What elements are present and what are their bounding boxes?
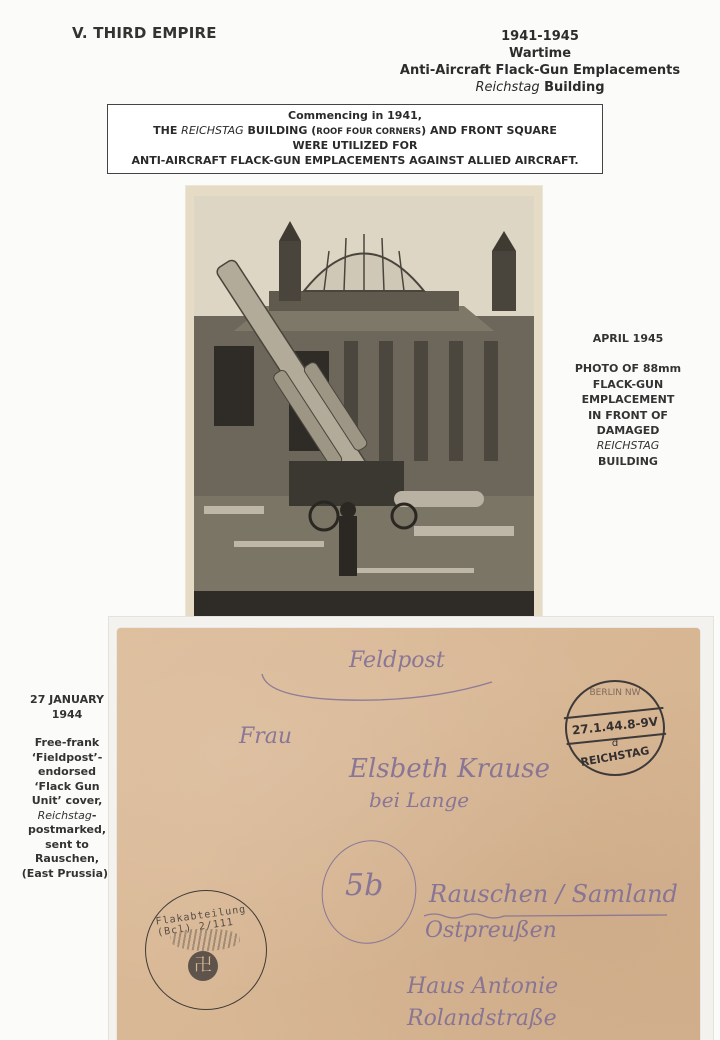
fieldpost-envelope: Feldpost BERLIN NW 27.1.44.8-9V d REICHS… bbox=[117, 628, 700, 1040]
address-prefix: Frau bbox=[239, 724, 292, 749]
cover-caption-hyphen: - bbox=[92, 809, 97, 822]
intro-roof-corners: ROOF FOUR CORNERS bbox=[316, 127, 421, 137]
intro-line-1: Commencing in 1941, bbox=[108, 109, 602, 124]
address-town: Rauschen / Samland bbox=[429, 880, 678, 908]
photo-caption-date: APRIL 1945 bbox=[562, 331, 694, 346]
title-line-emplacements: Anti-Aircraft Flack-Gun Emplacements bbox=[395, 62, 685, 79]
cover-caption-reichstag: Reichstag- bbox=[20, 809, 114, 824]
cover-caption-line: Unit’ cover, bbox=[20, 794, 114, 809]
intro-line-3: WERE UTILIZED FOR bbox=[108, 139, 602, 154]
photo-caption-reichstag: REICHSTAG bbox=[562, 438, 694, 453]
title-reichstag-italic: Reichstag bbox=[475, 80, 539, 95]
postmark-top-text: BERLIN NW bbox=[567, 688, 663, 698]
title-line-wartime: Wartime bbox=[395, 45, 685, 62]
photo-caption-line: PHOTO OF 88mm bbox=[562, 361, 694, 376]
photo-caption-line: FLACK-GUN bbox=[562, 377, 694, 392]
cover-caption-italic: Reichstag bbox=[38, 809, 92, 822]
cover-caption: 27 JANUARY 1944 Free-frank ‘Fieldpost’- … bbox=[20, 693, 114, 881]
swastika-emblem-icon: 卍 bbox=[188, 951, 218, 981]
intro-line-2-b: BUILDING ( bbox=[244, 124, 317, 137]
intro-reichstag-italic: REICHSTAG bbox=[181, 124, 244, 137]
intro-text-box: Commencing in 1941, THE REICHSTAG BUILDI… bbox=[107, 104, 603, 174]
title-building-word: Building bbox=[540, 80, 605, 95]
address-region: Ostpreußen bbox=[425, 918, 557, 943]
photo-caption-line: DAMAGED bbox=[562, 423, 694, 438]
intro-line-2: THE REICHSTAG BUILDING (ROOF FOUR CORNER… bbox=[108, 124, 602, 140]
cover-date-line-2: 1944 bbox=[20, 708, 114, 723]
cover-caption-line: ‘Flack Gun bbox=[20, 780, 114, 795]
eagle-icon bbox=[170, 929, 240, 951]
route-mark: 5b bbox=[345, 868, 383, 903]
photo-caption-italic: REICHSTAG bbox=[597, 439, 660, 452]
page-title-block: 1941-1945 Wartime Anti-Aircraft Flack-Gu… bbox=[395, 28, 685, 96]
photo-caption-line: IN FRONT OF bbox=[562, 408, 694, 423]
address-street: Rolandstraße bbox=[407, 1006, 557, 1031]
title-years: 1941-1945 bbox=[395, 28, 685, 45]
title-line-building: Reichstag Building bbox=[395, 79, 685, 96]
cover-caption-line: (East Prussia). bbox=[20, 867, 114, 882]
flak-unit-cachet: Flakabteilung (Bcl) 2/111 卍 bbox=[145, 890, 267, 1010]
cover-caption-line: Free-frank bbox=[20, 736, 114, 751]
intro-line-2-a: THE bbox=[153, 124, 181, 137]
photo-caption: APRIL 1945 PHOTO OF 88mm FLACK-GUN EMPLA… bbox=[562, 331, 694, 469]
photo-caption-line: BUILDING bbox=[562, 454, 694, 469]
address-care-of: bei Lange bbox=[369, 788, 469, 812]
cover-date-line-1: 27 JANUARY bbox=[20, 693, 114, 708]
cover-caption-line: ‘Fieldpost’- bbox=[20, 751, 114, 766]
intro-line-4: ANTI-AIRCRAFT FLACK-GUN EMPLACEMENTS AGA… bbox=[108, 154, 602, 169]
photo-illustration bbox=[194, 196, 534, 616]
reichstag-postmark: BERLIN NW 27.1.44.8-9V d REICHSTAG bbox=[565, 680, 665, 776]
cover-caption-line: postmarked, bbox=[20, 823, 114, 838]
section-title: V. THIRD EMPIRE bbox=[72, 24, 217, 42]
cover-caption-line: sent to bbox=[20, 838, 114, 853]
photo-caption-line: EMPLACEMENT bbox=[562, 392, 694, 407]
endorsement-underline bbox=[257, 668, 497, 708]
address-house: Haus Antonie bbox=[407, 974, 558, 999]
cover-caption-line: endorsed bbox=[20, 765, 114, 780]
reichstag-flak-photo bbox=[194, 196, 534, 616]
address-name: Elsbeth Krause bbox=[349, 754, 550, 784]
cover-caption-line: Rauschen, bbox=[20, 852, 114, 867]
intro-line-2-c: ) AND FRONT SQUARE bbox=[421, 124, 557, 137]
